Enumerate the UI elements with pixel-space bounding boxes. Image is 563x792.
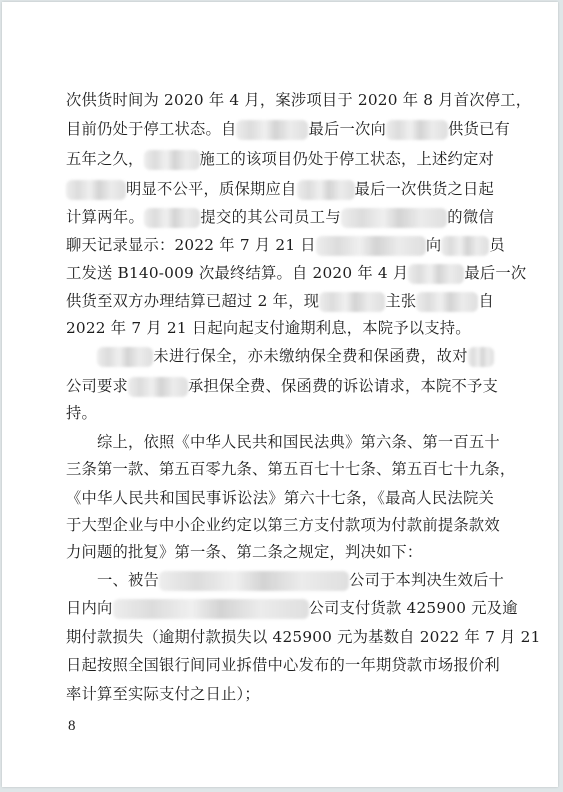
redacted-block [341,208,447,228]
redacted-block [128,377,188,397]
text-line: 目前仍处于停工状态。自最后一次向供货已有 [66,118,494,140]
text-line: 持。 [66,402,494,424]
text-segment: 次供货时间为 2020 年 4 月，案涉项目于 2020 年 8 月首次停工， [66,91,531,109]
text-line: 力问题的批复》第一条、第二条之规定，判决如下： [66,541,494,563]
text-segment: 最后一次 [464,264,526,282]
text-segment: 聊天记录显示：2022 年 7 月 21 日 [66,236,316,254]
text-segment: 持。 [66,404,97,422]
redacted-block [319,292,385,312]
text-line: 期付款损失（逾期付款损失以 425900 元为基数自 2022 年 7 月 21 [66,626,494,648]
text-segment: 最后一次供货之日起 [355,180,495,198]
text-segment: 供货至双方办理结算已超过 2 年，现 [66,292,319,310]
text-segment: 提交的其公司员工与 [200,208,341,226]
text-segment: 一、被告 [97,571,159,589]
text-line: 工发送 B140-009 次最终结算。自 2020 年 4 月最后一次 [66,262,494,284]
text-segment: 公司支付货款 425900 元及逾 [309,599,518,617]
text-segment: 自 [478,292,494,310]
text-segment: 公司要求 [66,377,128,395]
text-segment: 向 [426,236,442,254]
text-segment: 《中华人民共和国民事诉讼法》第六十七条，《最高人民法院关 [66,489,494,507]
text-line: 公司要求承担保全费、保函费的诉讼请求，本院不予支 [66,375,494,397]
text-segment: 公司于本判决生效后十 [349,571,504,589]
redacted-block [441,236,489,256]
text-line: 日内向公司支付货款 425900 元及逾 [66,597,494,619]
text-line: 一、被告公司于本判决生效后十 [97,569,494,591]
text-segment: 明显不公平，质保期应自 [126,180,297,198]
text-segment: 最后一次向 [308,120,386,138]
text-segment: 施工的该项目仍处于停工状态，上述约定对 [200,150,494,168]
text-segment: 承担保全费、保函费的诉讼请求，本院不予支 [188,377,498,395]
redacted-block [97,347,153,367]
text-line: 日起按照全国银行间同业拆借中心发布的一年期贷款市场报价利 [66,654,494,676]
redacted-block [113,599,309,619]
text-line: 明显不公平，质保期应自最后一次供货之日起 [66,178,494,200]
redacted-block [416,292,478,312]
text-segment: 综上，依照《中华人民共和国民法典》第六条、第一百五十 [97,433,500,451]
text-line: 三条第一款、第五百零九条、第五百七十七条、第五百七十九条， [66,458,494,480]
redacted-block [66,180,126,200]
text-segment: 供货已有 [448,120,510,138]
redacted-block [316,236,426,256]
text-line: 次供货时间为 2020 年 4 月，案涉项目于 2020 年 8 月首次停工， [66,89,494,111]
redacted-block [236,120,308,140]
text-segment: 目前仍处于停工状态。自 [66,120,236,138]
text-segment: 三条第一款、第五百零九条、第五百七十七条、第五百七十九条， [66,460,515,478]
text-segment: 的微信 [447,208,494,226]
redacted-block [468,347,494,367]
redacted-block [144,208,200,228]
text-line: 于大型企业与中小企业约定以第三方支付款项为付款前提条款效 [66,514,494,536]
text-segment: 日起按照全国银行间同业拆借中心发布的一年期贷款市场报价利 [66,656,500,674]
text-line: 综上，依照《中华人民共和国民法典》第六条、第一百五十 [97,431,494,453]
redacted-block [144,150,200,170]
text-line: 《中华人民共和国民事诉讼法》第六十七条，《最高人民法院关 [66,487,494,509]
text-segment: 计算两年。 [66,208,144,226]
text-line: 五年之久，施工的该项目仍处于停工状态，上述约定对 [66,148,494,170]
text-segment: 未进行保全，亦未缴纳保全费和保函费，故对 [153,347,468,365]
text-segment: 于大型企业与中小企业约定以第三方支付款项为付款前提条款效 [66,516,500,534]
text-segment: 主张 [385,292,416,310]
text-line: 2022 年 7 月 21 日起向起支付逾期利息，本院予以支持。 [66,317,494,339]
text-line: 供货至双方办理结算已超过 2 年，现主张自 [66,290,494,312]
text-line: 率计算至实际支付之日止）； [66,683,494,705]
redacted-block [408,264,464,284]
text-line: 未进行保全，亦未缴纳保全费和保函费，故对 [97,345,494,367]
text-segment: 日内向 [66,599,113,617]
text-line: 计算两年。提交的其公司员工与的微信 [66,206,494,228]
text-segment: 员 [489,236,505,254]
text-line: 聊天记录显示：2022 年 7 月 21 日向员 [66,234,494,256]
text-segment: 期付款损失（逾期付款损失以 425900 元为基数自 2022 年 7 月 21 [66,628,541,646]
text-segment: 2022 年 7 月 21 日起向起支付逾期利息，本院予以支持。 [66,319,471,337]
text-segment: 率计算至实际支付之日止）； [66,685,260,703]
text-segment: 五年之久， [66,150,144,168]
redacted-block [297,180,355,200]
page-number: 8 [68,718,76,735]
text-segment: 力问题的批复》第一条、第二条之规定，判决如下： [66,543,422,561]
document-page: 次供货时间为 2020 年 4 月，案涉项目于 2020 年 8 月首次停工， … [2,2,558,787]
redacted-block [386,120,448,140]
text-segment: 工发送 B140-009 次最终结算。自 2020 年 4 月 [66,264,408,282]
redacted-block [159,571,349,591]
